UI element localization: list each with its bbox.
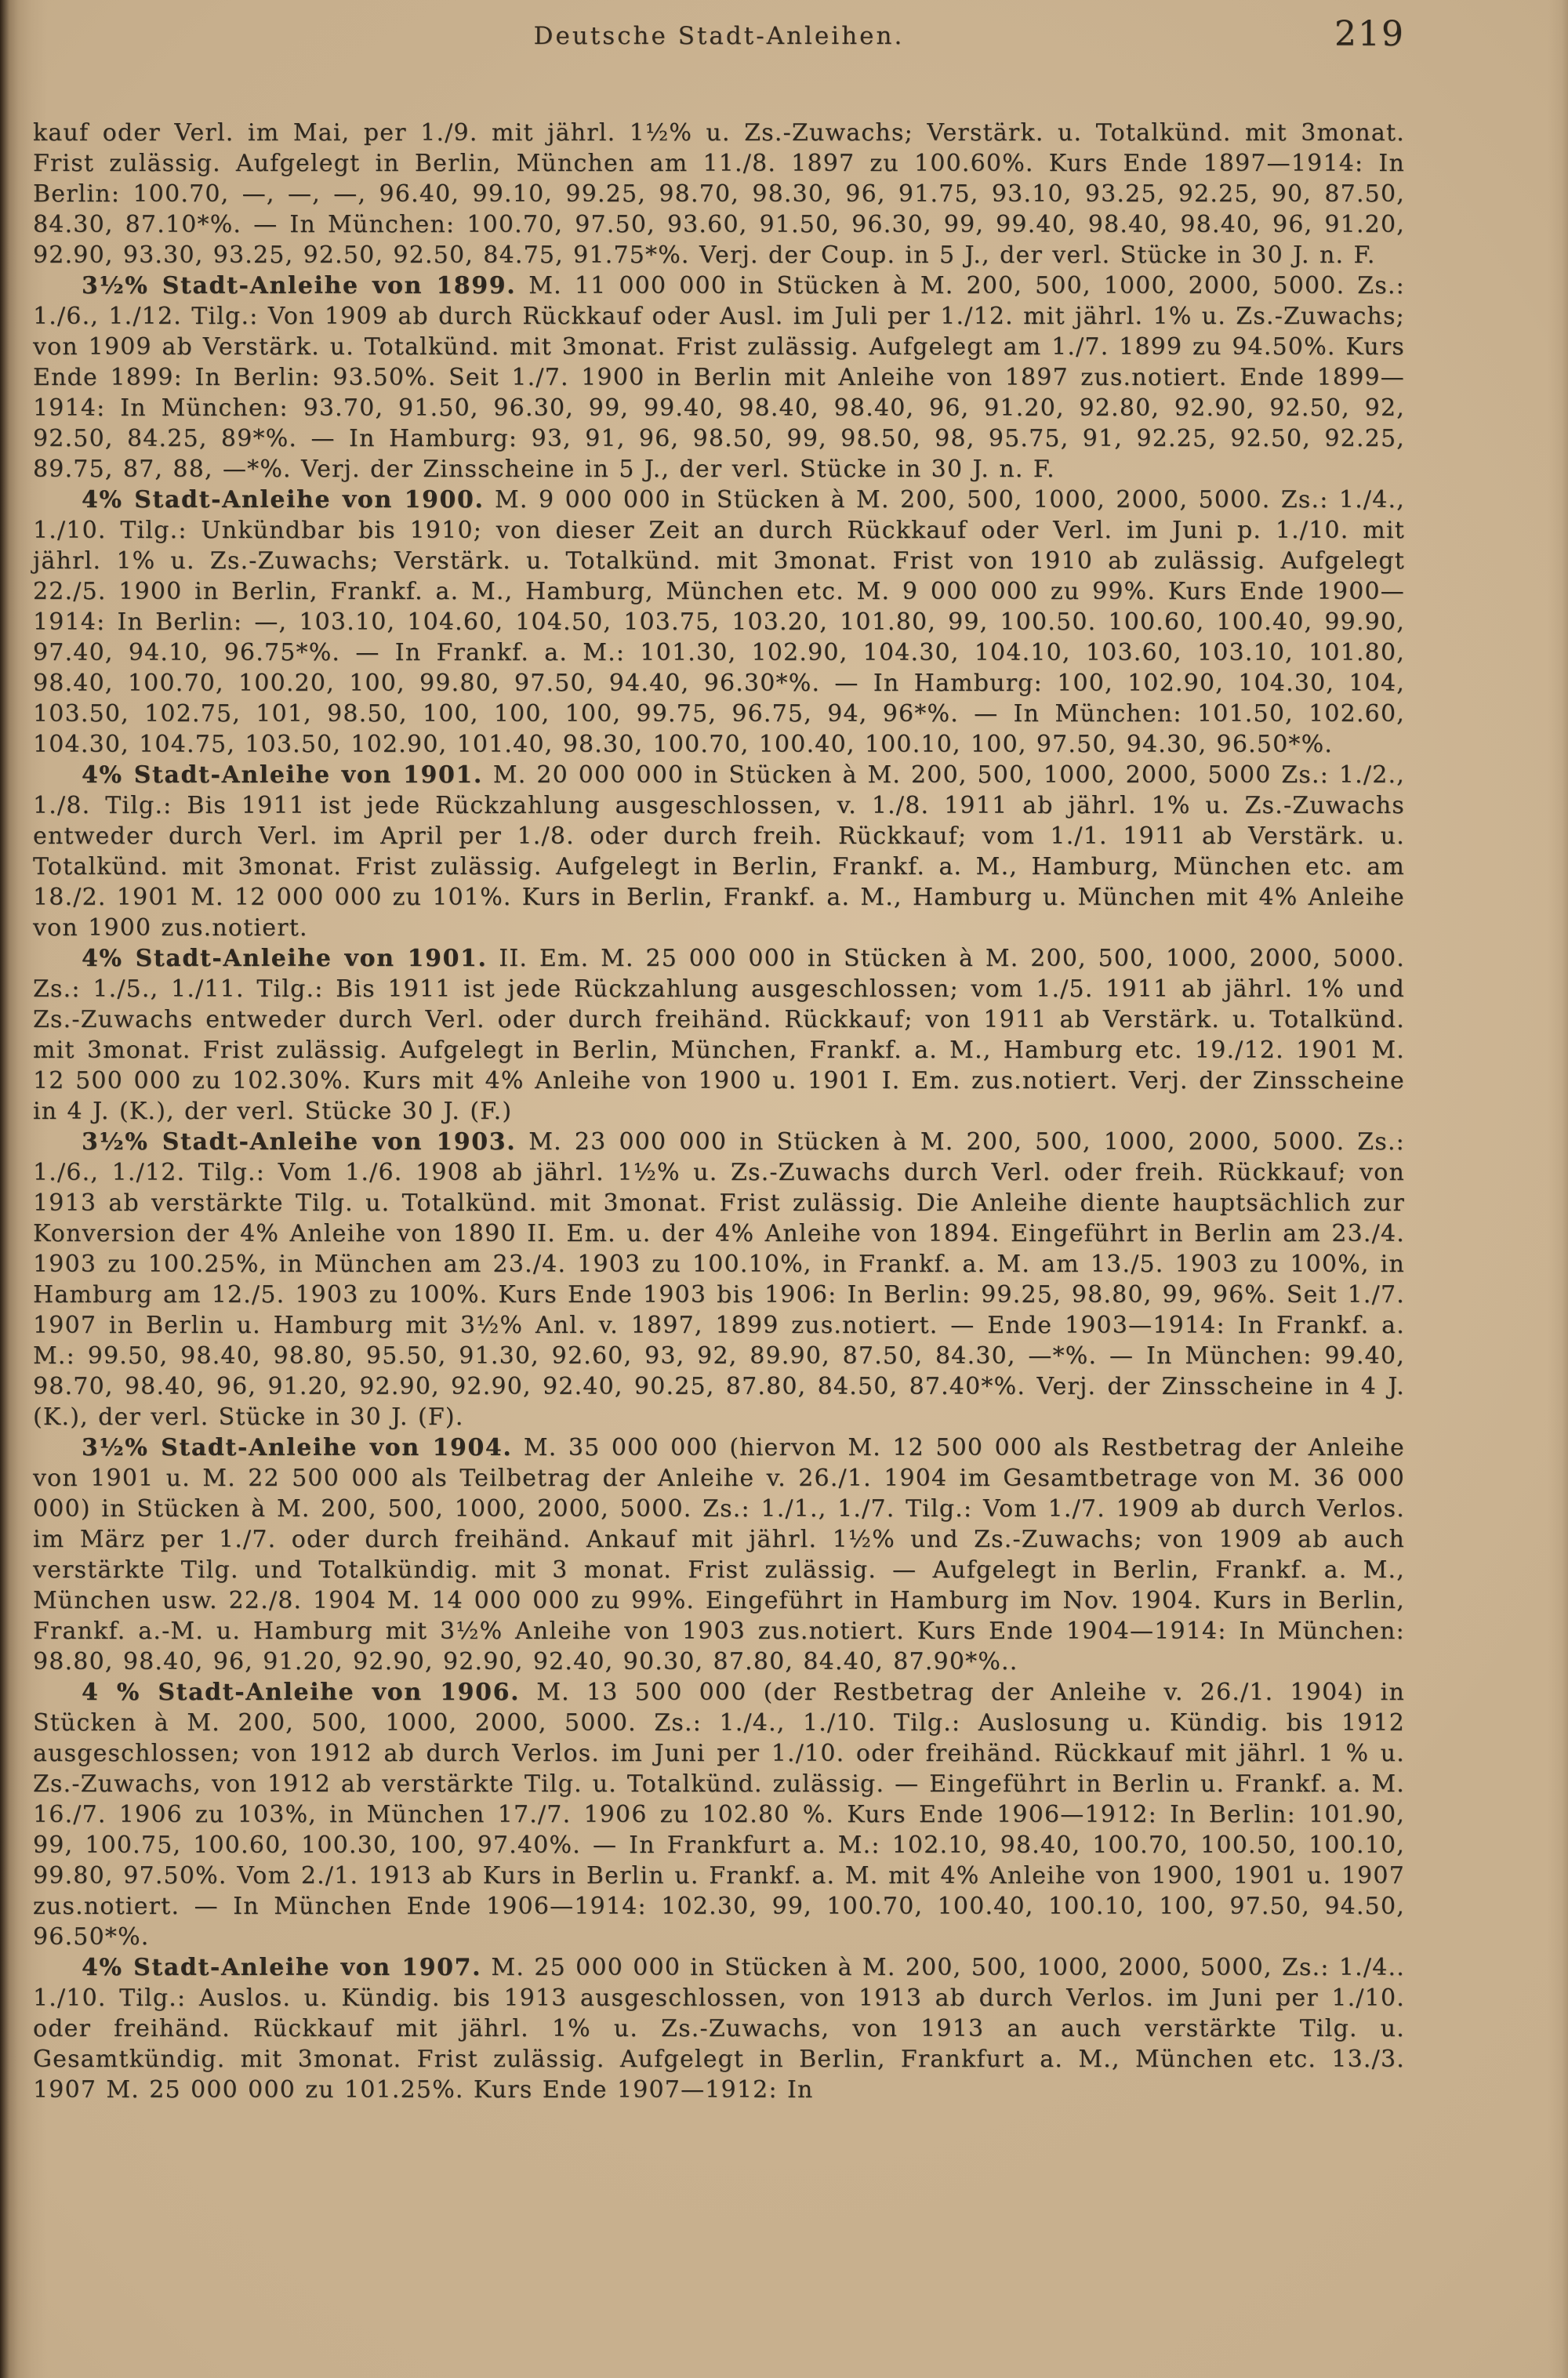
bond-heading: 4% Stadt-Anleihe von 1900. [82, 486, 485, 514]
paragraph-bond-1906: 4 % Stadt-Anleihe von 1906. M. 13 500 00… [33, 1677, 1405, 1952]
paragraph-text: M. 35 000 000 (hiervon M. 12 500 000 als… [33, 1434, 1405, 1675]
paragraph-text: M. 11 000 000 in Stücken à M. 200, 500, … [33, 272, 1405, 483]
paper-right-edge [1548, 0, 1568, 2378]
page-body: kauf oder Verl. im Mai, per 1./9. mit jä… [33, 118, 1405, 2105]
paragraph-bond-1907: 4% Stadt-Anleihe von 1907. M. 25 000 000… [33, 1952, 1405, 2105]
paragraph-text: M. 9 000 000 in Stücken à M. 200, 500, 1… [33, 486, 1405, 758]
paragraph-bond-1903: 3½% Stadt-Anleihe von 1903. M. 23 000 00… [33, 1127, 1405, 1432]
paragraph-continuation: kauf oder Verl. im Mai, per 1./9. mit jä… [33, 118, 1405, 270]
running-head: Deutsche Stadt-Anleihen. 219 [33, 22, 1405, 61]
bond-heading: 4% Stadt-Anleihe von 1901. [82, 761, 483, 789]
bond-heading: 4% Stadt-Anleihe von 1901. [82, 945, 488, 972]
paragraph-bond-1904: 3½% Stadt-Anleihe von 1904. M. 35 000 00… [33, 1432, 1405, 1677]
page-header-title: Deutsche Stadt-Anleihen. [33, 22, 1405, 50]
bond-heading: 3½% Stadt-Anleihe von 1903. [82, 1128, 516, 1156]
book-page: Deutsche Stadt-Anleihen. 219 kauf oder V… [0, 0, 1568, 2378]
paragraph-text: M. 23 000 000 in Stücken à M. 200, 500, … [33, 1128, 1405, 1431]
bond-heading: 4% Stadt-Anleihe von 1907. [82, 1954, 481, 1981]
paragraph-bond-1900: 4% Stadt-Anleihe von 1900. M. 9 000 000 … [33, 485, 1405, 760]
paragraph-bond-1901-i: 4% Stadt-Anleihe von 1901. M. 20 000 000… [33, 760, 1405, 943]
paragraph-bond-1901-ii: 4% Stadt-Anleihe von 1901. II. Em. M. 25… [33, 943, 1405, 1127]
bond-heading: 3½% Stadt-Anleihe von 1899. [82, 272, 516, 300]
bond-heading: 3½% Stadt-Anleihe von 1904. [82, 1434, 512, 1461]
page-number: 219 [1334, 14, 1405, 54]
paragraph-text: M. 13 500 000 (der Restbetrag der Anleih… [33, 1679, 1405, 1951]
paragraph-bond-1899: 3½% Stadt-Anleihe von 1899. M. 11 000 00… [33, 270, 1405, 485]
paragraph-text: kauf oder Verl. im Mai, per 1./9. mit jä… [33, 119, 1405, 269]
bond-heading: 4 % Stadt-Anleihe von 1906. [82, 1679, 520, 1706]
